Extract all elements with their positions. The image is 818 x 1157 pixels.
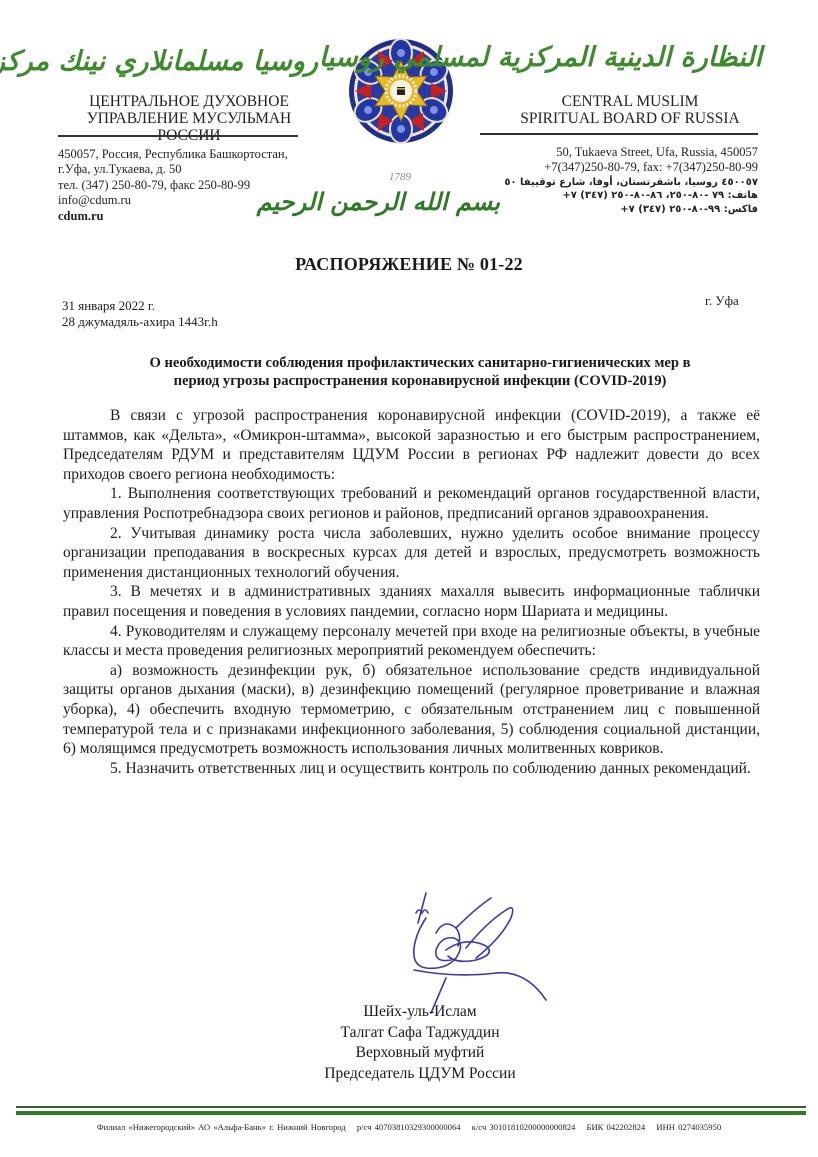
signatory-name: Талгат Сафа Таджуддин — [300, 1023, 540, 1044]
footer-bank: Филиал «Нижегородский» АО «Альфа-Банк» г… — [97, 1122, 346, 1132]
address-line-ar: ٤٥٠٠٥٧ روسيا، باشقرتستان، أوفا، شارع توق… — [500, 176, 758, 190]
arabic-calligraphy-right: النظارة الدينية المركزية لمسلمي روسيا — [496, 44, 762, 71]
document-body: В связи с угрозой распространения корона… — [63, 406, 760, 778]
address-line-en: 50, Tukaeva Street, Ufa, Russia, 450057 — [500, 145, 758, 160]
document-city: г. Уфа — [705, 293, 739, 309]
body-paragraph-2: 2. Учитывая динамику роста числа заболев… — [63, 524, 760, 583]
org-name-line2: УПРАВЛЕНИЕ МУСУЛЬМАН РОССИИ — [55, 110, 323, 144]
org-name-line2-en: SPIRITUAL BOARD OF RUSSIA — [510, 110, 750, 127]
footer-bik: БИК 042202824 — [587, 1122, 646, 1132]
date-hijri: 28 джумадяль-ахира 1443г.h — [62, 314, 218, 330]
subject-line1: О необходимости соблюдения профилактичес… — [120, 354, 720, 372]
address-line2: г.Уфа, ул.Тукаева, д. 50 — [58, 162, 338, 177]
org-name-line1-en: CENTRAL MUSLIM — [510, 93, 750, 110]
footer-inn: ИНН 0274035950 — [656, 1122, 721, 1132]
body-paragraph-4-sub: а) возможность дезинфекции рук, б) обяза… — [63, 661, 760, 759]
body-paragraph-4: 4. Руководителям и служащему персоналу м… — [63, 622, 760, 661]
footer-account: р/сч 40703810329300000064 — [357, 1122, 461, 1132]
footer-divider-green — [16, 1111, 806, 1115]
basmala-calligraphy: بسم الله الرحمن الرحيم — [315, 188, 500, 216]
signatory-title: Шейх-уль-Ислам — [300, 1002, 540, 1023]
signatory-position: Верховный муфтий — [300, 1043, 540, 1064]
phone-line-ar: هاتف: ٧٩ -٨٠-٢٥٠، ٨٦-٨٠-٢٥٠ (٣٤٧) ٧+ — [500, 189, 758, 203]
subject-line2: период угрозы распространения коронавиру… — [120, 372, 720, 390]
header-divider-right — [480, 133, 758, 135]
fax-line-ar: فاكس: ٩٩-٨٠-٢٥٠ (٣٤٧) ٧+ — [500, 203, 758, 217]
document-subject: О необходимости соблюдения профилактичес… — [120, 354, 720, 390]
signatory-role: Председатель ЦДУМ России — [300, 1064, 540, 1085]
body-paragraph-intro: В связи с угрозой распространения корона… — [63, 406, 760, 484]
footer-divider-thin — [16, 1106, 806, 1108]
phone-line-en: +7(347)250-80-79, fax: +7(347)250-80-99 — [500, 160, 758, 175]
footer-corr-account: к/сч 30101810200000000824 — [472, 1122, 576, 1132]
document-dates: 31 января 2022 г. 28 джумадяль-ахира 144… — [62, 298, 218, 330]
date-gregorian: 31 января 2022 г. — [62, 298, 218, 314]
body-paragraph-1: 1. Выполнения соответствующих требований… — [63, 484, 760, 523]
header-divider-left — [58, 135, 298, 137]
signature-icon — [396, 888, 556, 1018]
body-paragraph-3: 3. В мечетях и в административных здания… — [63, 582, 760, 621]
address-english-arabic: 50, Tukaeva Street, Ufa, Russia, 450057 … — [500, 145, 758, 216]
signatory-block: Шейх-уль-Ислам Талгат Сафа Таджуддин Вер… — [300, 1002, 540, 1084]
document-title: РАСПОРЯЖЕНИЕ № 01-22 — [0, 254, 818, 275]
org-name-english: CENTRAL MUSLIM SPIRITUAL BOARD OF RUSSIA — [510, 93, 750, 127]
arabic-calligraphy-left: روسيا مسلمانلاري نينك مركزي ديني ادارتي — [58, 48, 318, 75]
org-name-line1: ЦЕНТРАЛЬНОЕ ДУХОВНОЕ — [55, 93, 323, 110]
address-line1: 450057, Россия, Республика Башкортостан, — [58, 147, 338, 162]
body-paragraph-5: 5. Назначить ответственных лиц и осущест… — [63, 759, 760, 779]
founding-year: 1789 — [370, 171, 430, 183]
bank-details-footer: Филиал «Нижегородский» АО «Альфа-Банк» г… — [0, 1122, 818, 1132]
